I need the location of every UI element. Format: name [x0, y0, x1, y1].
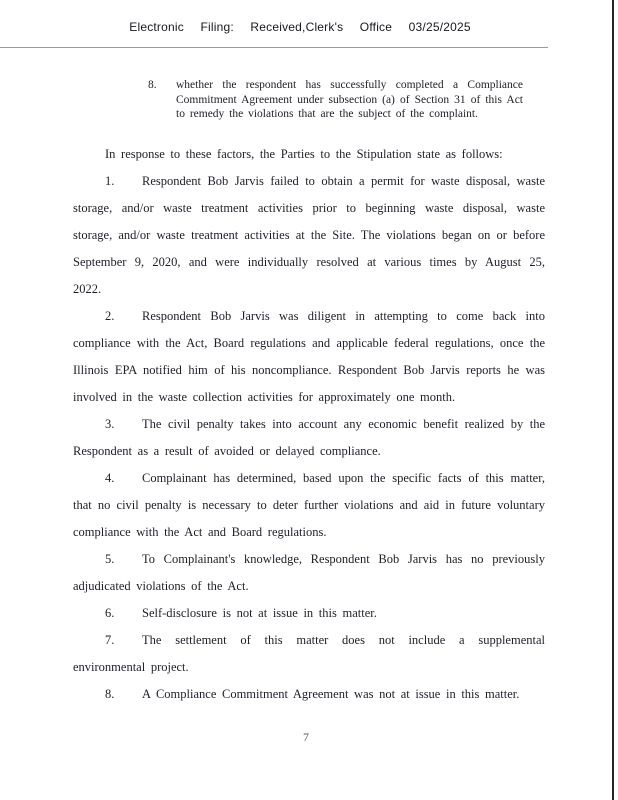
paragraph-number: 6. [105, 600, 142, 627]
stipulation-paragraph-5: 5.To Complainant's knowledge, Respondent… [73, 546, 545, 600]
paragraph-text: The settlement of this matter does not i… [73, 633, 545, 674]
document-page: Electronic Filing: Received,Clerk's Offi… [0, 0, 618, 800]
paragraph-number: 8. [105, 681, 142, 708]
paragraph-number: 3. [105, 411, 142, 438]
stipulation-paragraph-4: 4.Complainant has determined, based upon… [73, 465, 545, 546]
page-number: 7 [0, 730, 612, 745]
document-body: 8. whether the respondent has successful… [73, 78, 545, 708]
header-divider-line [0, 47, 548, 48]
factor-item-8: 8. whether the respondent has successful… [73, 78, 545, 122]
stipulation-paragraph-7: 7.The settlement of this matter does not… [73, 627, 545, 681]
efiling-header-stamp: Electronic Filing: Received,Clerk's Offi… [0, 20, 600, 34]
stipulation-paragraph-1: 1.Respondent Bob Jarvis failed to obtain… [73, 168, 545, 303]
paragraph-text: Complainant has determined, based upon t… [73, 471, 545, 539]
paragraph-number: 2. [105, 303, 142, 330]
paragraph-text: To Complainant's knowledge, Respondent B… [73, 552, 545, 593]
paragraph-text: The civil penalty takes into account any… [73, 417, 545, 458]
paragraph-number: 7. [105, 627, 142, 654]
paragraph-number: 1. [105, 168, 142, 195]
stipulation-paragraph-6: 6.Self-disclosure is not at issue in thi… [73, 600, 545, 627]
paragraph-text: Respondent Bob Jarvis was diligent in at… [73, 309, 545, 404]
intro-sentence: In response to these factors, the Partie… [73, 141, 545, 168]
factor-item-number: 8. [148, 78, 157, 93]
paragraph-text: Self-disclosure is not at issue in this … [142, 606, 377, 620]
factor-item-text: whether the respondent has successfully … [176, 79, 523, 120]
paragraph-number: 4. [105, 465, 142, 492]
paragraph-text: Respondent Bob Jarvis failed to obtain a… [73, 174, 545, 296]
paragraph-text: A Compliance Commitment Agreement was no… [142, 687, 519, 701]
stipulation-paragraph-3: 3.The civil penalty takes into account a… [73, 411, 545, 465]
scan-edge-artifact [612, 0, 614, 800]
stipulation-paragraph-2: 2.Respondent Bob Jarvis was diligent in … [73, 303, 545, 411]
paragraph-number: 5. [105, 546, 142, 573]
stipulation-paragraph-8: 8.A Compliance Commitment Agreement was … [73, 681, 545, 708]
